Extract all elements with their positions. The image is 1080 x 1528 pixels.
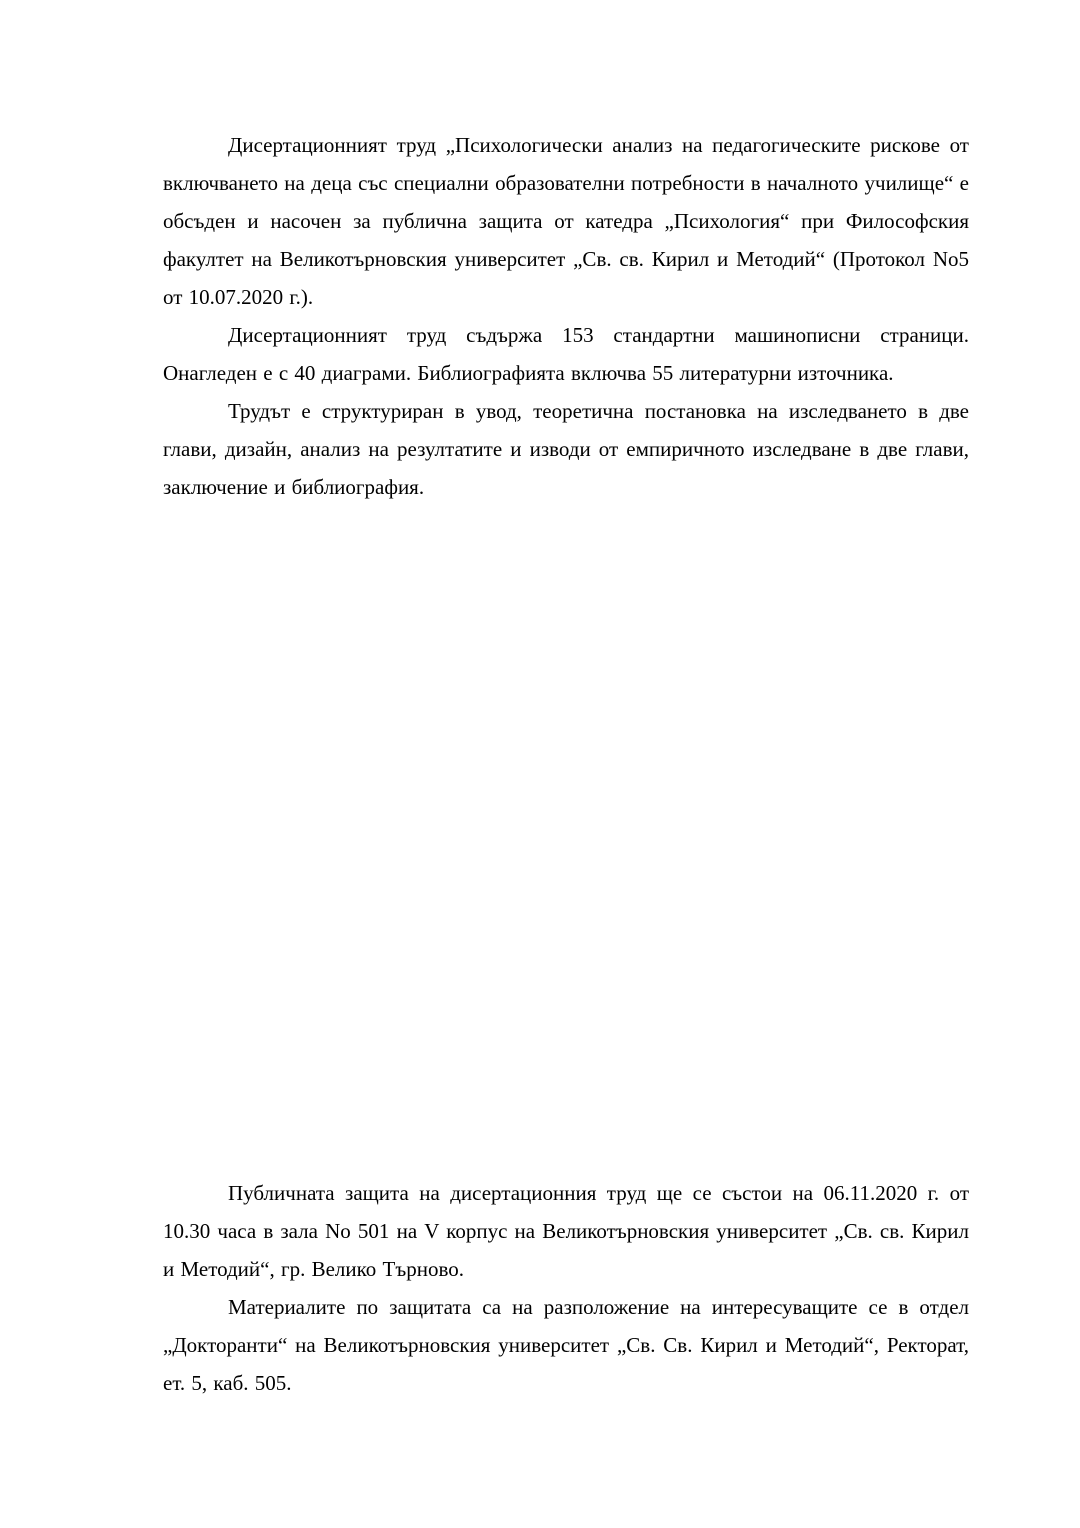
document-page: Дисертационният труд „Психологически ана…	[0, 0, 1080, 1528]
paragraph-materials-location: Материалите по защитата са на разположен…	[163, 1288, 969, 1402]
paragraph-dissertation-structure: Трудът е структуриран в увод, теоретична…	[163, 392, 969, 506]
paragraph-dissertation-approval: Дисертационният труд „Психологически ана…	[163, 126, 969, 316]
upper-text-block: Дисертационният труд „Психологически ана…	[163, 126, 969, 506]
lower-text-block: Публичната защита на дисертационния труд…	[163, 1174, 969, 1402]
paragraph-dissertation-contents: Дисертационният труд съдържа 153 стандар…	[163, 316, 969, 392]
paragraph-defense-date-location: Публичната защита на дисертационния труд…	[163, 1174, 969, 1288]
